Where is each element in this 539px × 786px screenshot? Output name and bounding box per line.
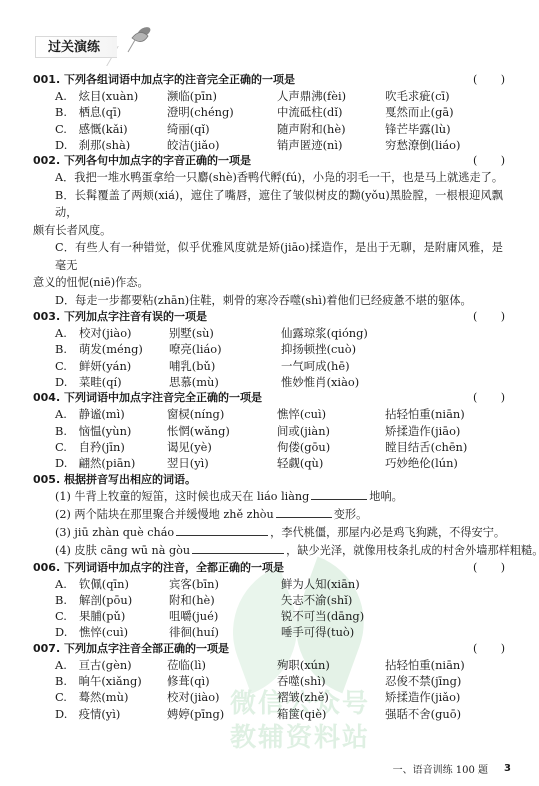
option-word: 菜畦(qí) [79,374,169,390]
watermark-line-2: 教辅资料站 [190,717,410,754]
option-word: 莅临(lì) [167,657,277,673]
question-prompt: 下列加点字注音全部正确的一项是 [64,642,229,655]
paren-close: ) [501,309,505,325]
option-row: A.静谧(mì)窗棂(níng)憔悴(cuì)拈轻怕重(niān) [33,406,503,422]
option-word: 抑扬顿挫(cuò) [281,341,391,357]
option-word: 随声附和(hè) [277,121,385,137]
option-word: 人声鼎沸(fèi) [277,88,385,104]
option-word: 唾手可得(tuò) [281,624,391,640]
option-word: 忍俊不禁(jīng) [385,673,503,689]
option-word: 疫情(yì) [79,706,167,722]
question-prompt: 下列加点字注音有误的一项是 [64,310,207,323]
option-letter: D. [55,455,79,471]
option-word: 褶皱(zhě) [277,689,385,705]
option-word: 矫揉造作(jiǎo) [385,689,503,705]
option-row: D.菜畦(qí)思慕(mù)惟妙惟肖(xiào) [33,374,503,390]
section-label: 过关演练 [35,36,117,58]
option-row: A.炫目(xuàn)濒临(pīn)人声鼎沸(fèi)吹毛求疵(cī) [33,88,503,104]
paren-close: ) [501,153,505,169]
fill-prompt: (3) jiū zhàn què cháo [55,526,174,539]
answer-blank-line[interactable] [192,542,284,554]
option-word: 晌午(xiǎng) [79,673,167,689]
paren-open: ( [473,309,477,325]
option-row: A.钦佩(qīn)宾客(bīn)鲜为人知(xiān) [33,576,503,592]
option-word: 箱箧(qiè) [277,706,385,722]
paren-close: ) [501,560,505,576]
paren-close: ) [501,390,505,406]
question-prompt: 根据拼音写出相应的词语。 [64,473,196,486]
sentence-option: 颇有长者风度。 [33,222,503,240]
option-word: 恼愠(yùn) [79,423,167,439]
option-word: 销声匿迹(nì) [277,137,385,153]
answer-blank[interactable]: () [473,72,505,88]
option-row: C.蓦然(mù)校对(jiào)褶皱(zhě)矫揉造作(jiǎo) [33,689,503,705]
option-word: 一气呵成(hē) [281,358,391,374]
answer-blank[interactable]: () [473,153,505,169]
option-word: 拈轻怕重(niān) [385,406,503,422]
sentence-option: D．每走一步都要粘(zhān)住鞋，刺骨的寒冷吞噬(shì)着他们已经疲惫不堪的… [33,292,503,310]
option-word: 憔悴(cuì) [79,624,169,640]
option-word: 戛然而止(gā) [385,104,503,120]
option-word: 修葺(qì) [167,673,277,689]
question-prompt: 下列词语中加点字注音完全正确的一项是 [64,391,262,404]
option-row: C.感慨(kǎi)绮丽(qǐ)随声附和(hè)锋芒毕露(lù) [33,121,503,137]
option-letter: A. [55,325,79,341]
fill-suffix: ，李代桃僵，那屋内必是鸡飞狗跳，不得安宁。 [270,526,505,539]
option-word: 思慕(mù) [169,374,281,390]
option-word: 自矜(jīn) [79,439,167,455]
fill-in-item: (4) 皮肤 cāng wū nà gòu，缺少光泽，就像用枝条扎成的村舍外墙那… [33,542,503,560]
question-title: 003. 下列加点字注音有误的一项是() [33,309,503,325]
page-number: 3 [504,763,511,774]
option-word: 憔悴(cuì) [277,406,385,422]
fill-prompt: (1) 牛背上牧童的短笛，这时候也成天在 liáo liàng [55,490,309,503]
option-word: 校对(jiào) [167,689,277,705]
option-letter: A. [55,657,79,673]
option-word: 亘古(gèn) [79,657,167,673]
option-word: 萌发(méng) [79,341,169,357]
option-word: 感慨(kǎi) [79,121,167,137]
question-number: 001. [33,73,60,86]
option-letter: B. [55,341,79,357]
question-number: 004. [33,391,60,404]
question-2: 002. 下列各句中加点字的字音正确的一项是()A．我把一堆水鸭蛋拿给一只麝(s… [33,153,503,309]
option-word: 鲜妍(yán) [79,358,169,374]
question-prompt: 下列各组词语中加点字的注音完全正确的一项是 [64,73,295,86]
option-word: 徘徊(huí) [169,624,281,640]
paren-open: ( [473,390,477,406]
sentence-option: C．有些人有一种错觉，似乎优雅风度就是矫(jiāo)揉造作，是出于无聊，是附庸风… [33,239,503,274]
fill-in-item: (3) jiū zhàn què cháo，李代桃僵，那屋内必是鸡飞狗跳，不得安… [33,524,503,542]
option-word: 谒见(yè) [167,439,277,455]
option-word: 巧妙绝伦(lún) [385,455,503,471]
option-word: 咀嚼(jué) [169,608,281,624]
option-word: 宾客(bīn) [169,576,281,592]
option-row: C.鲜妍(yán)哺乳(bǔ)一气呵成(hē) [33,358,503,374]
option-row: D.刹那(shà)皎洁(jiǎo)销声匿迹(nì)穷愁潦倒(liáo) [33,137,503,153]
option-row: D.疫情(yì)娉婷(pīng)箱箧(qiè)强聒不舍(guō) [33,706,503,722]
option-word: 吞噬(shì) [277,673,385,689]
option-word: 皎洁(jiǎo) [167,137,277,153]
option-letter: B. [55,423,79,439]
option-row: C.自矜(jīn)谒见(yè)佝偻(gōu)瞠目结舌(chēn) [33,439,503,455]
question-7: 007. 下列加点字注音全部正确的一项是()A.亘古(gèn)莅临(lì)殉职(… [33,641,503,722]
option-letter: C. [55,121,79,137]
option-letter: D. [55,624,79,640]
option-word: 强聒不舍(guō) [385,706,503,722]
fill-suffix: ，缺少光泽，就像用枝条扎成的村舍外墙那样粗糙。 [286,544,539,557]
option-word: 翩然(piān) [79,455,167,471]
option-word: 吹毛求疵(cī) [385,88,503,104]
option-letter: B. [55,104,79,120]
option-row: B.萌发(méng)嘹亮(liáo)抑扬顿挫(cuò) [33,341,503,357]
option-row: B.栖息(qī)澄明(chéng)中流砥柱(dǐ)戛然而止(gā) [33,104,503,120]
question-title: 002. 下列各句中加点字的字音正确的一项是() [33,153,503,169]
paren-close: ) [501,72,505,88]
option-word: 佝偻(gōu) [277,439,385,455]
option-letter: D. [55,137,79,153]
option-row: A.校对(jiào)别墅(sù)仙露琼浆(qióng) [33,325,503,341]
option-word: 果脯(pǔ) [79,608,169,624]
exercise-list: 001. 下列各组词语中加点字的注音完全正确的一项是()A.炫目(xuàn)濒临… [33,72,503,722]
question-number: 003. [33,310,60,323]
option-word: 濒临(pīn) [167,88,277,104]
question-number: 005. [33,473,60,486]
option-word: 怅惘(wǎng) [167,423,277,439]
option-word: 别墅(sù) [169,325,281,341]
answer-blank[interactable]: () [473,309,505,325]
paren-open: ( [473,153,477,169]
option-row: C.果脯(pǔ)咀嚼(jué)锐不可当(dāng) [33,608,503,624]
option-letter: D. [55,706,79,722]
question-title: 004. 下列词语中加点字注音完全正确的一项是() [33,390,503,406]
question-prompt: 下列各句中加点字的字音正确的一项是 [64,154,251,167]
paren-close: ) [501,641,505,657]
answer-blank[interactable]: () [473,560,505,576]
sentence-option: 意义的忸怩(niē)作态。 [33,274,503,292]
option-word: 仙露琼浆(qióng) [281,325,391,341]
option-word: 校对(jiào) [79,325,169,341]
option-word: 澄明(chéng) [167,104,277,120]
question-6: 006. 下列词语中加点字的注音，全都正确的一项是()A.钦佩(qīn)宾客(b… [33,560,503,641]
option-word: 矢志不渝(shǐ) [281,592,391,608]
option-word: 刹那(shà) [79,137,167,153]
paren-open: ( [473,72,477,88]
option-row: B.晌午(xiǎng)修葺(qì)吞噬(shì)忍俊不禁(jīng) [33,673,503,689]
option-word: 瞠目结舌(chēn) [385,439,503,455]
option-word: 间或(jiàn) [277,423,385,439]
option-row: A.亘古(gèn)莅临(lì)殉职(xún)拈轻怕重(niān) [33,657,503,673]
question-title: 007. 下列加点字注音全部正确的一项是() [33,641,503,657]
option-word: 静谧(mì) [79,406,167,422]
question-1: 001. 下列各组词语中加点字的注音完全正确的一项是()A.炫目(xuàn)濒临… [33,72,503,153]
option-letter: A. [55,406,79,422]
option-letter: B. [55,592,79,608]
option-word: 炫目(xuàn) [79,88,167,104]
option-word: 附和(hè) [169,592,281,608]
fill-in-item: (1) 牛背上牧童的短笛，这时候也成天在 liáo liàng地响。 [33,488,503,506]
option-letter: C. [55,689,79,705]
pushpin-icon [124,24,154,54]
option-word: 锋芒毕露(lù) [385,121,503,137]
answer-blank[interactable]: () [473,641,505,657]
question-number: 007. [33,642,60,655]
option-row: B.恼愠(yùn)怅惘(wǎng)间或(jiàn)矫揉造作(jiāo) [33,423,503,439]
footer-section-title: 一、语音训练 100 题 [393,761,488,776]
question-title: 006. 下列词语中加点字的注音，全都正确的一项是() [33,560,503,576]
option-row: B.解剖(pōu)附和(hè)矢志不渝(shǐ) [33,592,503,608]
question-4: 004. 下列词语中加点字注音完全正确的一项是()A.静谧(mì)窗棂(níng… [33,390,503,471]
sentence-option: A．我把一堆水鸭蛋拿给一只麝(shè)香鸭代孵(fú)，小凫的羽毛一干，也是马上… [33,169,503,187]
option-letter: C. [55,439,79,455]
answer-blank-line[interactable] [276,506,332,518]
option-word: 窗棂(níng) [167,406,277,422]
option-word: 翌日(yì) [167,455,277,471]
option-row: D.翩然(piān)翌日(yì)轻觑(qù)巧妙绝伦(lún) [33,455,503,471]
fill-prompt: (2) 两个陆块在那里聚合并缓慢地 zhě zhòu [55,508,274,521]
option-letter: A. [55,576,79,592]
option-word: 拈轻怕重(niān) [385,657,503,673]
answer-blank-line[interactable] [176,524,268,536]
fill-suffix: 地响。 [369,490,403,503]
question-title: 001. 下列各组词语中加点字的注音完全正确的一项是() [33,72,503,88]
paren-open: ( [473,560,477,576]
question-title: 005. 根据拼音写出相应的词语。 [33,472,503,488]
answer-blank-line[interactable] [311,488,367,500]
option-letter: D. [55,374,79,390]
page-footer: 一、语音训练 100 题 3 [393,761,511,776]
option-word: 惟妙惟肖(xiào) [281,374,391,390]
option-word: 解剖(pōu) [79,592,169,608]
option-word: 穷愁潦倒(liáo) [385,137,503,153]
question-number: 002. [33,154,60,167]
option-word: 矫揉造作(jiāo) [385,423,503,439]
sentence-option: B．长髯覆盖了两颊(xiá)，遮住了嘴唇，遮住了皱似树皮的黝(yǒu)黑脸膛，一… [33,187,503,222]
option-word: 鲜为人知(xiān) [281,576,391,592]
option-word: 中流砥柱(dǐ) [277,104,385,120]
question-3: 003. 下列加点字注音有误的一项是()A.校对(jiào)别墅(sù)仙露琼浆… [33,309,503,390]
option-word: 蓦然(mù) [79,689,167,705]
option-word: 绮丽(qǐ) [167,121,277,137]
option-letter: A. [55,88,79,104]
question-5: 005. 根据拼音写出相应的词语。(1) 牛背上牧童的短笛，这时候也成天在 li… [33,472,503,560]
option-word: 殉职(xún) [277,657,385,673]
option-row: D.憔悴(cuì)徘徊(huí)唾手可得(tuò) [33,624,503,640]
option-word: 嘹亮(liáo) [169,341,281,357]
option-word: 娉婷(pīng) [167,706,277,722]
fill-in-item: (2) 两个陆块在那里聚合并缓慢地 zhě zhòu变形。 [33,506,503,524]
option-letter: C. [55,608,79,624]
paren-open: ( [473,641,477,657]
question-prompt: 下列词语中加点字的注音，全都正确的一项是 [64,561,284,574]
option-word: 锐不可当(dāng) [281,608,391,624]
option-letter: C. [55,358,79,374]
option-word: 哺乳(bǔ) [169,358,281,374]
fill-suffix: 变形。 [334,508,368,521]
answer-blank[interactable]: () [473,390,505,406]
option-word: 轻觑(qù) [277,455,385,471]
option-word: 钦佩(qīn) [79,576,169,592]
option-word: 栖息(qī) [79,104,167,120]
question-number: 006. [33,561,60,574]
option-letter: B. [55,673,79,689]
fill-prompt: (4) 皮肤 cāng wū nà gòu [55,544,190,557]
